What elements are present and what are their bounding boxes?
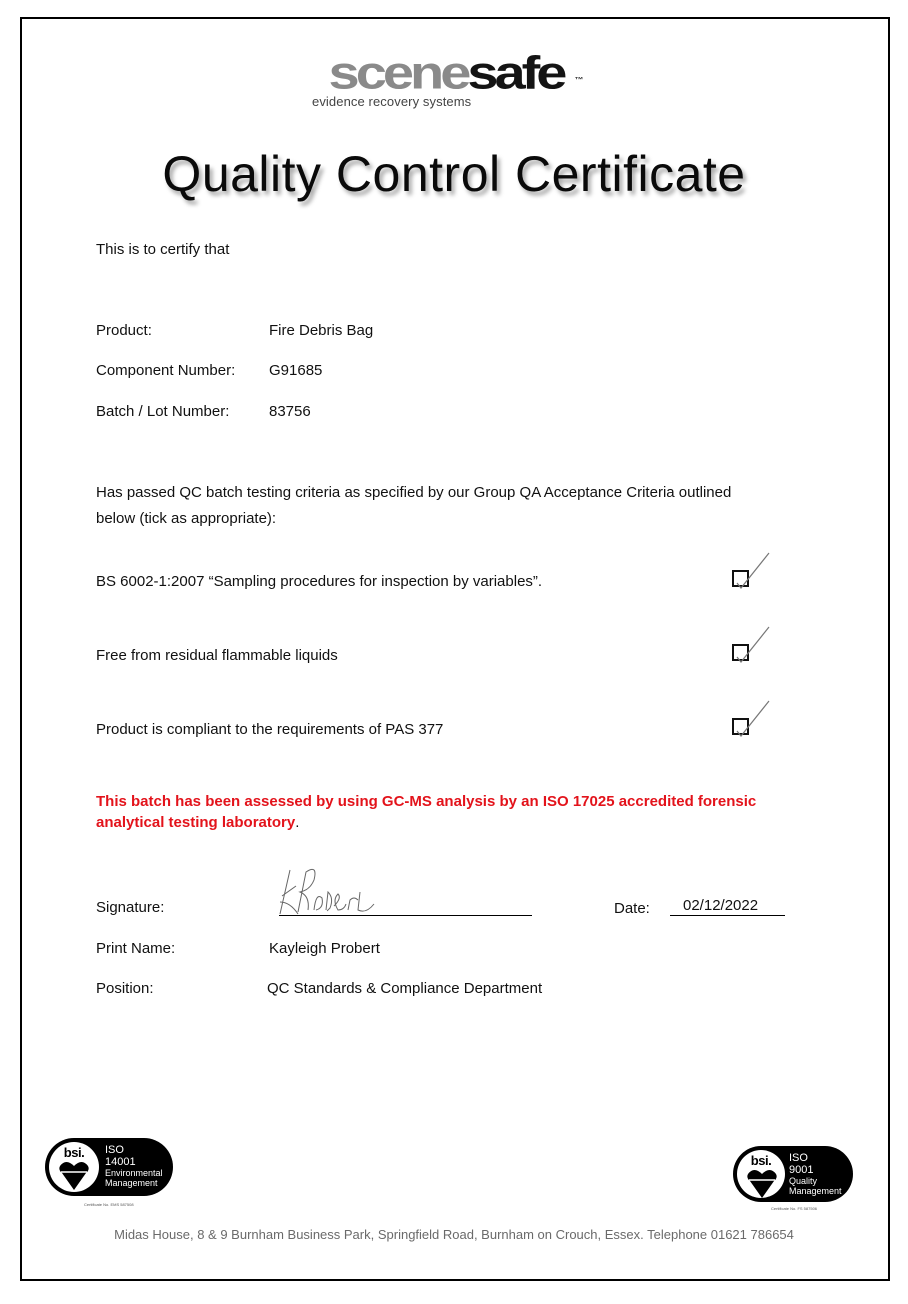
badge-number: 14001 bbox=[105, 1156, 163, 1168]
checkmark-icon bbox=[731, 696, 771, 741]
print-name-label: Print Name: bbox=[96, 939, 175, 959]
criterion-text: BS 6002-1:2007 “Sampling procedures for … bbox=[96, 572, 542, 592]
note-text: This batch has been assessed by using GC… bbox=[96, 793, 756, 831]
criterion-checkbox[interactable] bbox=[732, 644, 749, 661]
bsi-brand: bsi. bbox=[737, 1153, 785, 1168]
position-label: Position: bbox=[96, 979, 154, 999]
badge-text: ISO 9001 Quality Management bbox=[789, 1152, 842, 1196]
checkmark-icon bbox=[731, 548, 771, 593]
badge-line2: Management bbox=[789, 1186, 842, 1196]
certificate-title: Quality Control Certificate bbox=[0, 142, 908, 206]
criterion-text: Free from residual flammable liquids bbox=[96, 646, 338, 666]
criterion-checkbox[interactable] bbox=[732, 570, 749, 587]
footer-address: Midas House, 8 & 9 Burnham Business Park… bbox=[0, 1227, 908, 1242]
date-line bbox=[670, 915, 785, 916]
criteria-intro-line2: below (tick as appropriate): bbox=[96, 509, 276, 529]
gcms-assessment-note: This batch has been assessed by using GC… bbox=[96, 791, 796, 833]
criterion-checkbox[interactable] bbox=[732, 718, 749, 735]
product-value: Fire Debris Bag bbox=[269, 321, 373, 341]
print-name-value: Kayleigh Probert bbox=[269, 939, 380, 959]
signature-label: Signature: bbox=[96, 898, 164, 918]
logo-wordmark: scenesafe™ bbox=[329, 50, 564, 96]
badge-standard: ISO bbox=[789, 1152, 842, 1164]
date-value: 02/12/2022 bbox=[683, 896, 758, 916]
criteria-intro-line1: Has passed QC batch testing criteria as … bbox=[96, 483, 731, 503]
bsi-iso9001-badge: bsi. ISO 9001 Quality Management bbox=[733, 1146, 853, 1202]
logo-tagline: evidence recovery systems bbox=[312, 94, 471, 109]
batch-lot-value: 83756 bbox=[269, 402, 311, 422]
note-period: . bbox=[295, 814, 299, 831]
batch-lot-label: Batch / Lot Number: bbox=[96, 402, 229, 422]
badge-line1: Environmental bbox=[105, 1168, 163, 1178]
bsi-kitemark-icon bbox=[746, 1168, 778, 1198]
logo-scene-text: scene bbox=[329, 47, 468, 99]
component-number-value: G91685 bbox=[269, 361, 322, 381]
bsi-badge-circle: bsi. bbox=[737, 1150, 785, 1198]
logo-safe-text: safe bbox=[467, 47, 563, 99]
scenesafe-logo: scenesafe™ bbox=[0, 40, 908, 96]
bsi-badge-circle: bsi. bbox=[49, 1142, 99, 1192]
handwritten-signature bbox=[276, 862, 386, 917]
position-value: QC Standards & Compliance Department bbox=[267, 979, 542, 999]
component-number-label: Component Number: bbox=[96, 361, 235, 381]
bsi-iso14001-badge: bsi. ISO 14001 Environmental Management bbox=[45, 1138, 173, 1196]
criterion-text: Product is compliant to the requirements… bbox=[96, 720, 443, 740]
badge-certificate-number: Certificate No. EMS 587508 bbox=[84, 1202, 134, 1207]
badge-standard: ISO bbox=[105, 1144, 163, 1156]
signature-line bbox=[279, 915, 532, 916]
badge-line1: Quality bbox=[789, 1176, 842, 1186]
product-label: Product: bbox=[96, 321, 152, 341]
badge-line2: Management bbox=[105, 1178, 163, 1188]
bsi-brand: bsi. bbox=[49, 1145, 99, 1160]
badge-number: 9001 bbox=[789, 1164, 842, 1176]
date-label: Date: bbox=[614, 899, 650, 919]
badge-certificate-number: Certificate No. FS 587506 bbox=[771, 1206, 817, 1211]
badge-text: ISO 14001 Environmental Management bbox=[105, 1144, 163, 1188]
intro-text: This is to certify that bbox=[96, 240, 229, 260]
bsi-kitemark-icon bbox=[58, 1160, 90, 1190]
checkmark-icon bbox=[731, 622, 771, 667]
trademark-symbol: ™ bbox=[574, 57, 583, 103]
